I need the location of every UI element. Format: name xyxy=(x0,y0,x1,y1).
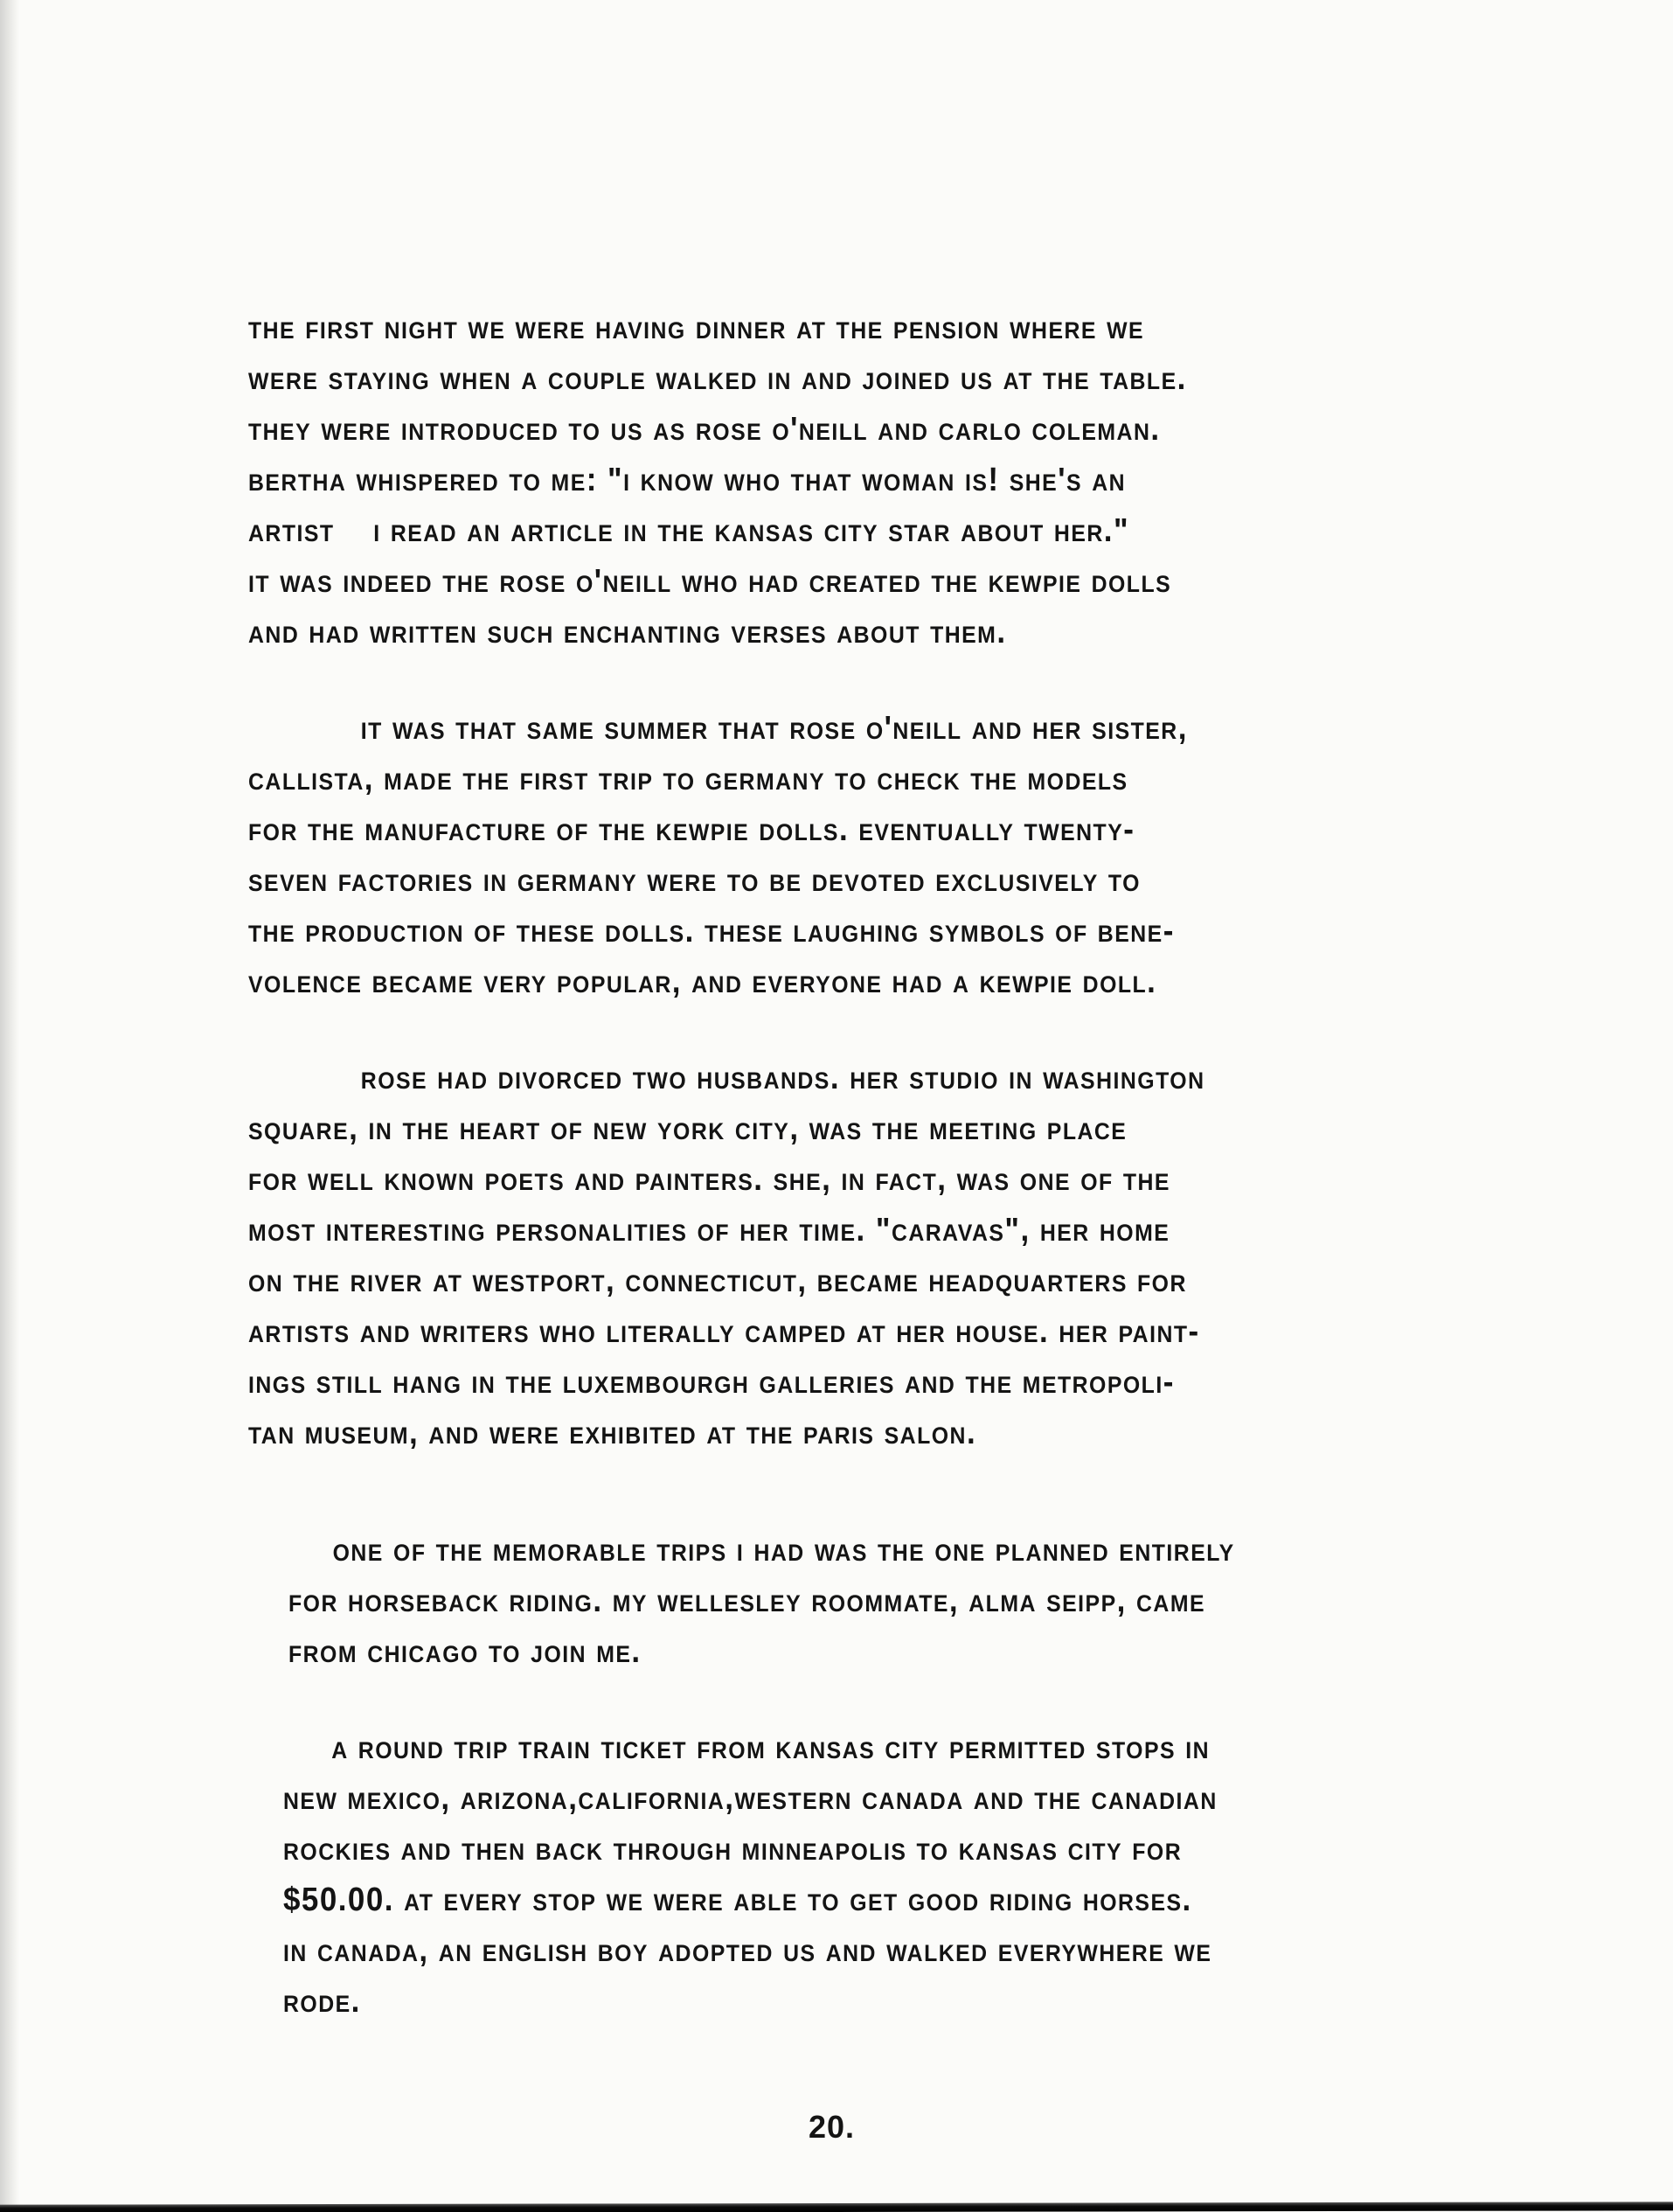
text-line: were staying when a couple walked in and… xyxy=(248,358,1187,399)
text-line: on the river at Westport, Connecticut, b… xyxy=(248,1261,1187,1301)
text-line: It was that same summer that Rose O'Neil… xyxy=(248,708,1188,748)
text-line: $50.00. At every stop we were able to ge… xyxy=(283,1880,1192,1920)
text-line: Square, in the heart of New York City, w… xyxy=(248,1109,1127,1149)
text-line: In Canada, an English boy adopted us and… xyxy=(283,1930,1211,1971)
text-line: They were introduced to us as Rose O'Nei… xyxy=(248,409,1161,449)
text-line: It was indeed the Rose O'Neill who had c… xyxy=(248,561,1171,602)
page-number: 20. xyxy=(809,2109,855,2146)
text-line: New Mexico, Arizona,California,Western C… xyxy=(283,1778,1218,1819)
text-line: The first night we were having dinner at… xyxy=(248,308,1144,348)
page-edge-shadow xyxy=(0,0,19,2212)
text-line: Bertha whispered to me: "I know who that… xyxy=(248,460,1126,500)
text-line: for well known poets and painters. She, … xyxy=(248,1159,1170,1200)
text-line: Rockies and then back through Minneapoli… xyxy=(283,1829,1182,1869)
text-line: for the manufacture of the Kewpie dolls.… xyxy=(248,810,1135,850)
text-line: rode. xyxy=(283,1981,361,2021)
text-line: volence became very popular, and everyon… xyxy=(248,962,1156,1002)
text-line: tan Museum, and were exhibited at the Pa… xyxy=(248,1413,976,1453)
text-line: ings still hang in the Luxembourgh Galle… xyxy=(248,1362,1175,1402)
text-line: and had written such enchanting verses a… xyxy=(248,612,1007,652)
text-line: A round trip train ticket from Kansas Ci… xyxy=(283,1728,1210,1768)
scan-bottom-edge xyxy=(0,2202,1673,2212)
text-line: artists and writers who literally camped… xyxy=(248,1311,1200,1352)
text-line: artist I read an article in the Kansas C… xyxy=(248,511,1129,551)
text-line: Callista, made the first trip to Germany… xyxy=(248,759,1128,799)
text-line: Rose had divorced two husbands. Her stud… xyxy=(248,1058,1204,1098)
text-line: from Chicago to join me. xyxy=(288,1631,642,1672)
text-line: for horseback riding. My Wellesley roomm… xyxy=(288,1581,1205,1621)
text-line: the production of these dolls. These lau… xyxy=(248,911,1175,951)
text-line: One of the memorable trips I had was the… xyxy=(288,1530,1235,1570)
text-line: most interesting personalities of her ti… xyxy=(248,1210,1170,1250)
text-line: seven factories in Germany were to be de… xyxy=(248,860,1141,901)
